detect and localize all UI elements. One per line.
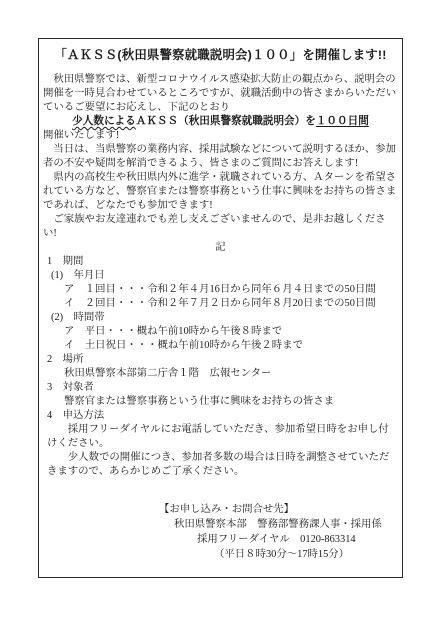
intro-paragraph-2: 当日は、当県警察の業務内容、採用試験などについて説明するほか、参加者の不安や疑問… bbox=[43, 143, 398, 171]
section-period-heading: 1 期間 bbox=[43, 255, 398, 269]
emphasis-underlined-text: １００日間 bbox=[316, 116, 369, 127]
section-apply-heading: 4 申込方法 bbox=[43, 409, 398, 423]
document-page: 「ＡＫＳＳ(秋田県警察就職説明会)１００」を開催します!! 秋田県警察では、新型… bbox=[0, 0, 446, 630]
contact-hours: （平日８時30分〜17時15分） bbox=[43, 547, 398, 562]
intro-paragraph-3: 県内の高校生や秋田県内外に進学・就職されている方、Ａターンを希望されている方など… bbox=[43, 171, 398, 213]
apply-paragraph-1: 採用フリーダイヤルにお電話していただき、参加希望日時をお申し付けください。 bbox=[43, 423, 398, 451]
period-date-item-2: イ ２回目・・・令和２年７月２日から同年８月20日までの50日間 bbox=[43, 297, 398, 311]
contact-block: 【お申し込み・お問合せ先】 秋田県警察本部 警務部警務課人事・採用係 採用フリー… bbox=[43, 502, 398, 562]
section-place-heading: 2 場所 bbox=[43, 353, 398, 367]
place-text: 秋田県警察本部第二庁舎１階 広報センター bbox=[43, 367, 398, 381]
period-date-item-1: ア １回目・・・令和２年４月16日から同年６月４日までの50日間 bbox=[43, 283, 398, 297]
intro-paragraph-4: ご家族やお友達連れでも差し支えございませんので、是非お越しください! bbox=[43, 213, 398, 241]
period-dates-label: (1) 年月日 bbox=[43, 269, 398, 283]
emphasis-wavy-text: 少人数による bbox=[72, 116, 136, 127]
intro-paragraph-1-end: 開催いたします! bbox=[43, 129, 398, 143]
intro-paragraph-1: 秋田県警察では、新型コロナウイルス感染拡大防止の観点から、説明会の開催を一時見合… bbox=[43, 73, 398, 115]
period-time-weekend: イ 土日祝日・・・概ね午前10時から午後２時まで bbox=[43, 339, 398, 353]
contact-heading: 【お申し込み・お問合せ先】 bbox=[43, 502, 398, 517]
emphasis-plain-text: ＡＫＳＳ（秋田県警察就職説明会）を bbox=[136, 116, 316, 127]
notice-title: 「ＡＫＳＳ(秋田県警察就職説明会)１００」を開催します!! bbox=[43, 47, 398, 64]
period-times-label: (2) 時間帯 bbox=[43, 311, 398, 325]
ki-marker: 記 bbox=[43, 241, 398, 255]
contact-organization: 秋田県警察本部 警務部警務課人事・採用係 bbox=[43, 517, 398, 532]
target-text: 警察官または警察事務という仕事に興味をお持ちの皆さま bbox=[43, 395, 398, 409]
apply-paragraph-2: 少人数での開催につき、参加者多数の場合は日時を調整させていただきますので、あらか… bbox=[43, 451, 398, 479]
period-time-weekday: ア 平日・・・概ね午前10時から午後８時まで bbox=[43, 325, 398, 339]
contact-phone: 採用フリーダイヤル 0120-863314 bbox=[43, 532, 398, 547]
notice-border-box: 「ＡＫＳＳ(秋田県警察就職説明会)１００」を開催します!! 秋田県警察では、新型… bbox=[38, 38, 403, 578]
section-target-heading: 3 対象者 bbox=[43, 381, 398, 395]
notice-body: 秋田県警察では、新型コロナウイルス感染拡大防止の観点から、説明会の開催を一時見合… bbox=[43, 73, 398, 562]
emphasis-line: 少人数によるＡＫＳＳ（秋田県警察就職説明会）を１００日間 bbox=[43, 115, 398, 129]
